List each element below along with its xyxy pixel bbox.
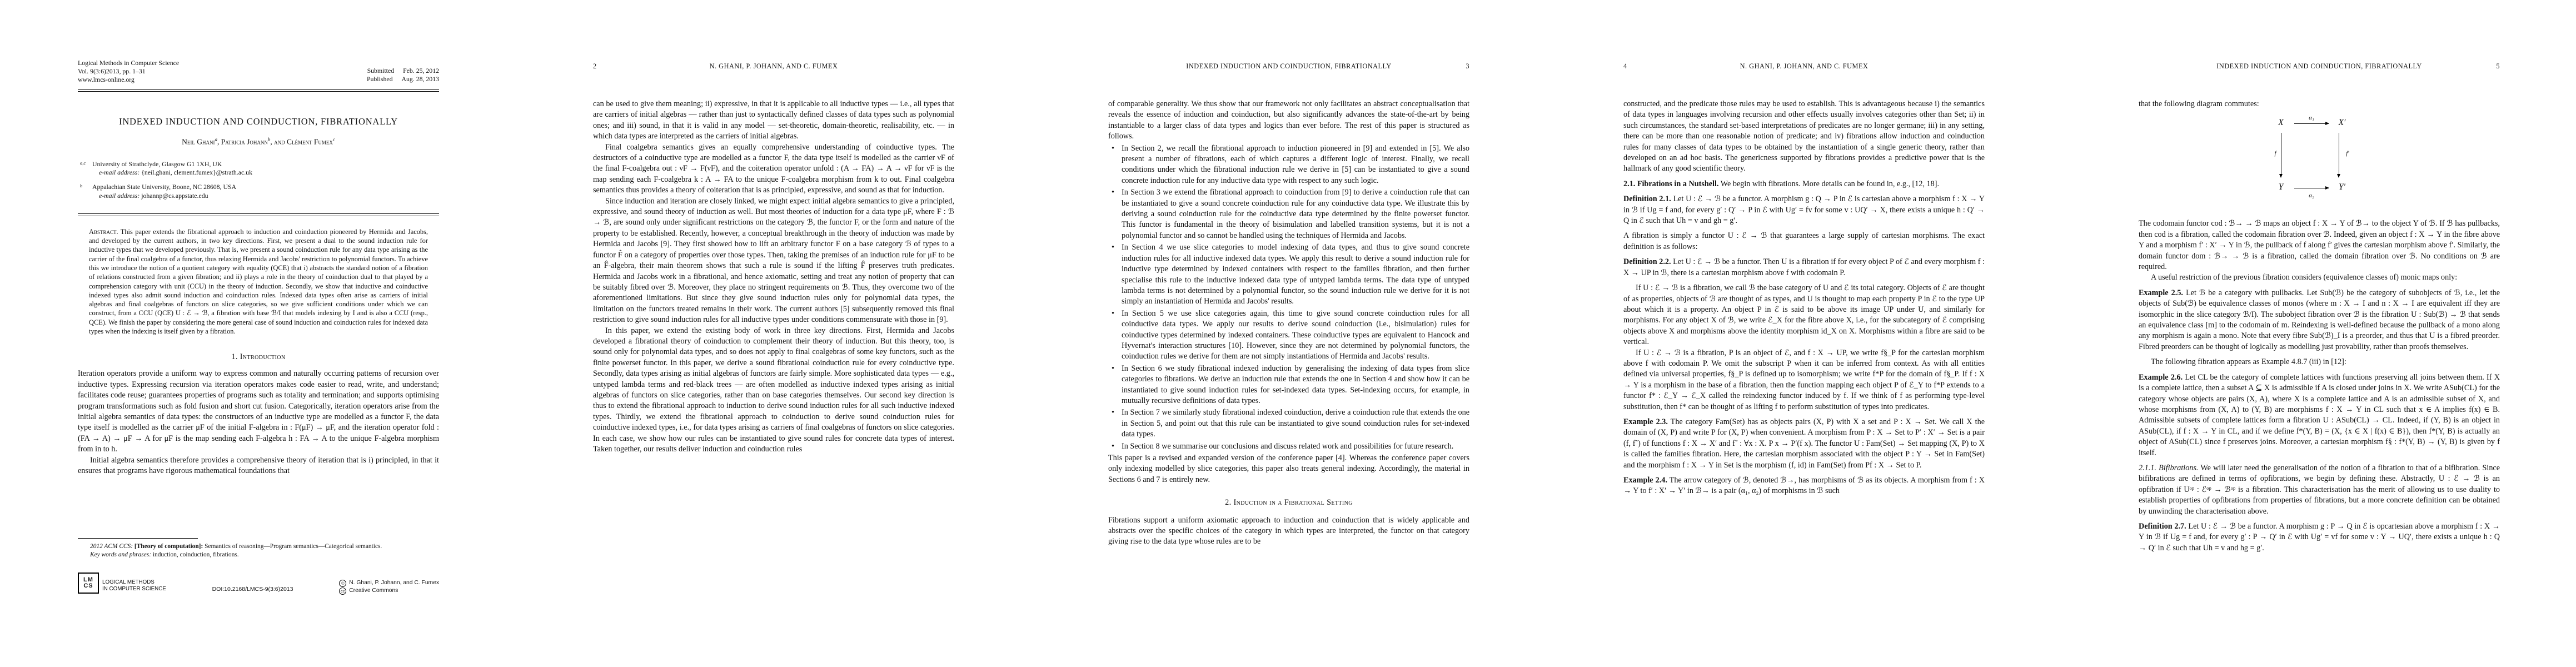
submission-dates: Submitted Feb. 25, 2012 Published Aug. 2… [367,67,439,83]
page-number: 4 [1623,62,1627,71]
paragraph-text: constructed, and the predicate those rul… [1623,99,1985,173]
paragraph: The codomain functor cod : ℬ→ → ℬ maps a… [2139,218,2500,272]
paragraph-text: Final coalgebra semantics gives an equal… [593,143,954,195]
labelled-paragraph: Example 2.4. The arrow category of ℬ, de… [1623,475,1985,497]
affiliation-address: Appalachian State University, Boone, NC … [92,183,439,191]
bullet-icon: • [1112,364,1114,374]
footnote-block: 2012 ACM CCS: [Theory of computation]: S… [78,538,439,559]
arrow-label: f [2272,148,2279,159]
paragraph: If U : ℰ → ℬ is a fibration, we call ℬ t… [1623,283,1985,347]
published-date: Aug. 28, 2013 [401,75,439,83]
journal-header: Logical Methods in Computer Science Vol.… [78,59,439,84]
affiliation: b Appalachian State University, Boone, N… [78,183,439,200]
running-head: 2 N. GHANI, P. JOHANN, AND C. FUMEX [593,62,954,71]
affiliation-email-line: e-mail address: johannp@cs.appstate.edu [92,192,439,200]
labelled-paragraph: Example 2.6. Let CL be the category of c… [2139,372,2500,459]
copyright-holders: N. Ghani, P. Johann, and C. Fumex [349,580,439,586]
section-heading-text: 2. Induction in a Fibrational Setting [1225,498,1353,507]
paragraph-text: This paper is a revised and expanded ver… [1108,454,1469,484]
submitted-label: Submitted [367,67,395,75]
paragraph: A useful restriction of the previous fib… [2139,272,2500,283]
bullet-icon: • [1112,187,1114,198]
diagram-node: X [2273,117,2289,128]
abstract-text: This paper extends the fibrational appro… [89,228,428,335]
paper-title: INDEXED INDUCTION AND COINDUCTION, FIBRA… [78,116,439,127]
publisher-name: LOGICAL METHODS IN COMPUTER SCIENCE [102,579,166,592]
paragraph: constructed, and the predicate those rul… [1623,99,1985,175]
running-head: INDEXED INDUCTION AND COINDUCTION, FIBRA… [1108,62,1469,71]
paragraph-text: Since induction and iteration are closel… [593,197,954,324]
labelled-paragraph: Example 2.3. The category Fam(Set) has a… [1623,417,1985,471]
labelled-paragraph: 2.1.1. Bifibrations. We will later need … [2139,463,2500,517]
running-head-text: INDEXED INDUCTION AND COINDUCTION, FIBRA… [1108,62,1469,71]
email-address: johannp@cs.appstate.edu [141,192,208,200]
abstract-label: Abstract. [89,228,118,236]
affiliation: a,c University of Strathclyde, Glasgow G… [78,160,439,177]
footnote-rule [78,538,198,539]
author-separator: , [217,138,221,146]
affiliation-email-line: e-mail address: {neil.ghani, clement.fum… [92,168,439,177]
copyright-icon: © [339,580,346,587]
paragraph-text: that the following diagram commutes: [2139,99,2259,108]
bullet-item: •In Section 4 we use slice categories to… [1108,242,1469,307]
bullet-text: In Section 8 we summarise our conclusion… [1122,442,1453,451]
page-1: Logical Methods in Computer Science Vol.… [0,0,515,667]
author-name: Patricia Johann [221,138,268,146]
paragraph: The following fibration appears as Examp… [2139,357,2500,367]
diagram-node: X′ [2332,117,2352,128]
paragraph-label: Example 2.3. [1623,417,1668,426]
diagram-node: Y [2273,182,2289,192]
paragraph-label: 2.1.1. Bifibrations. [2139,464,2198,472]
affiliation-address: University of Strathclyde, Glasgow G1 1X… [92,160,439,168]
bullet-item: •In Section 3 we extend the fibrational … [1108,187,1469,241]
bullet-item: •In Section 6 we study fibrational index… [1108,364,1469,407]
bullet-text: In Section 2, we recall the fibrational … [1122,144,1469,185]
paragraph-text: A fibration is simply a functor U : ℰ → … [1623,231,1985,251]
labelled-paragraph: Definition 2.2. Let U : ℰ → ℬ be a funct… [1623,257,1985,278]
affiliation-mark: a,c [80,159,86,167]
author-name: Clément Fumex [287,138,333,146]
keywords-text: induction, coinduction, fibrations. [153,551,239,558]
paragraph-text: The category Fam(Set) has as objects pai… [1623,417,1985,470]
paragraph-label: Definition 2.2. [1623,257,1671,266]
acm-classification: 2012 ACM CCS: [Theory of computation]: S… [78,542,439,551]
header-rule [78,89,439,92]
paragraph-text: The following fibration appears as Examp… [2151,357,2346,366]
bullet-item: •In Section 5 we use slice categories ag… [1108,308,1469,362]
running-head-text: N. GHANI, P. JOHANN, AND C. FUMEX [593,62,954,71]
paragraph: Initial algebra semantics therefore prov… [78,455,439,477]
publisher-footer: LM CS LOGICAL METHODS IN COMPUTER SCIENC… [78,573,439,595]
abstract-rule [78,213,439,216]
paragraph-text: We begin with fibrations. More details c… [1721,180,1939,188]
paragraph-text: Let CL be the category of complete latti… [2139,373,2500,457]
author-affil-mark: c [333,137,335,142]
arrow-label: α₁ [2294,113,2329,123]
copyright-block: ©N. Ghani, P. Johann, and C. Fumex ccCre… [339,579,439,595]
license-name: Creative Commons [349,588,398,594]
acm-category: [Theory of computation]: [134,543,203,550]
paragraph-text: If U : ℰ → ℬ is a fibration, P is an obj… [1623,349,1985,411]
diagram-node: Y′ [2332,182,2352,192]
page-2: 2 N. GHANI, P. JOHANN, AND C. FUMEX can … [515,0,1030,667]
paragraph-text: Let U : ℰ → ℬ be a functor. A morphism g… [1623,195,1985,225]
page-number: 3 [1466,62,1469,71]
author-line: Neil Ghania, Patricia Johannb, and Cléme… [78,137,439,147]
paragraph: A fibration is simply a functor U : ℰ → … [1623,231,1985,252]
paragraph: Since induction and iteration are closel… [593,196,954,326]
bullet-icon: • [1112,143,1114,154]
bullet-item: •In Section 7 we similarly study fibrati… [1108,407,1469,440]
author-name: Neil Ghani [182,138,215,146]
front-matter: Logical Methods in Computer Science Vol.… [78,59,439,476]
labelled-paragraph: Example 2.5. Let ℬ be a category with pu… [2139,288,2500,352]
bullet-icon: • [1112,441,1114,452]
publisher-line: IN COMPUTER SCIENCE [102,586,166,593]
running-head-text: INDEXED INDUCTION AND COINDUCTION, FIBRA… [2139,62,2500,71]
page-body: constructed, and the predicate those rul… [1623,99,1985,501]
labelled-paragraph: Definition 2.1. Let U : ℰ → ℬ be a funct… [1623,194,1985,226]
paragraph: that the following diagram commutes: [2139,99,2500,109]
bullet-text: In Section 3 we extend the fibrational a… [1122,188,1469,240]
paragraph: Iteration operators provide a uniform wa… [78,369,439,455]
arrow-label: α₂ [2294,191,2329,201]
copyright-line: ©N. Ghani, P. Johann, and C. Fumex [339,579,439,587]
paragraph: of comparable generality. We thus show t… [1108,99,1469,142]
paragraph: If U : ℰ → ℬ is a fibration, P is an obj… [1623,348,1985,412]
published-label: Published [367,75,393,83]
lmcs-logo-bottom: CS [83,583,93,589]
paragraph-text: of comparable generality. We thus show t… [1108,99,1469,141]
affiliations: a,c University of Strathclyde, Glasgow G… [78,160,439,201]
bullet-icon: • [1112,242,1114,253]
paragraph-text: The codomain functor cod : ℬ→ → ℬ maps a… [2139,219,2500,271]
email-address: {neil.ghani, clement.fumex}@strath.ac.uk [141,168,252,176]
keywords-line: Key words and phrases: induction, coindu… [78,551,439,559]
license-line: ccCreative Commons [339,587,439,595]
lmcs-logo-icon: LM CS [78,573,99,594]
publisher-line: LOGICAL METHODS [102,579,166,586]
page-4: 4 N. GHANI, P. JOHANN, AND C. FUMEX cons… [1546,0,2061,667]
running-head: 4 N. GHANI, P. JOHANN, AND C. FUMEX [1623,62,1985,71]
paragraph-label: Example 2.5. [2139,288,2183,297]
journal-url: www.lmcs-online.org [78,76,179,84]
page-number: 5 [2496,62,2500,71]
bullet-icon: • [1112,407,1114,418]
paragraph: In this paper, we extend the existing bo… [593,326,954,455]
paragraph-label: 2.1. Fibrations in a Nutshell. [1623,180,1718,188]
paragraph: Final coalgebra semantics gives an equal… [593,142,954,196]
paragraph-text: The arrow category of ℬ, denoted ℬ→, has… [1623,476,1985,495]
arrow-right-icon [2294,123,2329,124]
arrow-label: f′ [2342,148,2353,159]
bullet-text: In Section 6 we study fibrational indexe… [1122,364,1469,405]
journal-volume: Vol. 9(3:6)2013, pp. 1–31 [78,67,179,76]
page-body: can be used to give them meaning; ii) ex… [593,99,954,455]
paragraph-label: Definition 2.7. [2139,522,2186,531]
bullet-text: In Section 5 we use slice categories aga… [1122,309,1469,361]
email-label: e-mail address: [99,168,139,176]
creative-commons-icon: cc [339,588,346,595]
paragraph-text: A useful restriction of the previous fib… [2151,273,2457,282]
acm-label: 2012 ACM CCS: [90,543,133,550]
journal-info: Logical Methods in Computer Science Vol.… [78,59,179,84]
paragraph: can be used to give them meaning; ii) ex… [593,99,954,142]
submitted-row: Submitted Feb. 25, 2012 [367,67,439,75]
paragraph-label: Definition 2.1. [1623,195,1671,203]
arrow-right-icon [2294,188,2329,188]
paragraph-text: In this paper, we extend the existing bo… [593,326,954,454]
commutative-diagram: XX′YY′α₁α₂ff′ [2272,117,2366,211]
bullet-item: •In Section 2, we recall the fibrational… [1108,143,1469,187]
page-body: of comparable generality. We thus show t… [1108,99,1469,547]
paragraph-text: If U : ℰ → ℬ is a fibration, we call ℬ t… [1623,283,1985,346]
bullet-item: •In Section 8 we summarise our conclusio… [1108,441,1469,452]
section-heading: 1. Introduction [78,352,439,362]
labelled-paragraph: 2.1. Fibrations in a Nutshell. We begin … [1623,179,1985,190]
running-head-text: N. GHANI, P. JOHANN, AND C. FUMEX [1623,62,1985,71]
doi-text: DOI:10.2168/LMCS-9(3:6)2013 [166,586,339,593]
page-5: INDEXED INDUCTION AND COINDUCTION, FIBRA… [2061,0,2576,667]
bullet-text: In Section 7 we similarly study fibratio… [1122,408,1469,439]
paragraph-text: can be used to give them meaning; ii) ex… [593,99,954,141]
abstract: Abstract. This paper extends the fibrati… [89,227,428,336]
affiliation-mark: b [80,182,82,190]
paragraph: Fibrations support a uniform axiomatic a… [1108,515,1469,547]
paragraph-label: Example 2.6. [2139,373,2183,382]
keywords-label: Key words and phrases: [90,551,151,558]
paragraph-text: Let U : ℰ → ℬ be a functor. A morphism g… [2139,522,2500,552]
page-body: that the following diagram commutes:XX′Y… [2139,99,2500,558]
page-3: INDEXED INDUCTION AND COINDUCTION, FIBRA… [1030,0,1546,667]
paragraph: This paper is a revised and expanded ver… [1108,453,1469,485]
paragraph-text: Let ℬ be a category with pullbacks. Let … [2139,288,2500,351]
submitted-date: Feb. 25, 2012 [403,67,439,75]
paragraph-text: Let U : ℰ → ℬ be a functor. Then U is a … [1623,257,1985,277]
acm-detail: Semantics of reasoning—Program semantics… [205,543,382,550]
introduction-body: Iteration operators provide a uniform wa… [78,369,439,476]
email-label: e-mail address: [99,192,139,200]
paragraph-text: Fibrations support a uniform axiomatic a… [1108,516,1469,546]
bullet-text: In Section 4 we use slice categories to … [1122,243,1469,306]
running-head: INDEXED INDUCTION AND COINDUCTION, FIBRA… [2139,62,2500,71]
page-number: 2 [593,62,597,71]
section-heading: 2. Induction in a Fibrational Setting [1108,497,1469,508]
screenshot-root: { "colors": {"page_background": "#ffffff… [0,0,2576,667]
published-row: Published Aug. 28, 2013 [367,75,439,83]
labelled-paragraph: Definition 2.7. Let U : ℰ → ℬ be a funct… [2139,521,2500,554]
paragraph-label: Example 2.4. [1623,476,1667,485]
bullet-icon: • [1112,308,1114,319]
journal-name: Logical Methods in Computer Science [78,59,179,67]
arrow-down-icon [2339,133,2339,177]
arrow-down-icon [2281,133,2281,177]
author-separator: , and [270,138,287,146]
